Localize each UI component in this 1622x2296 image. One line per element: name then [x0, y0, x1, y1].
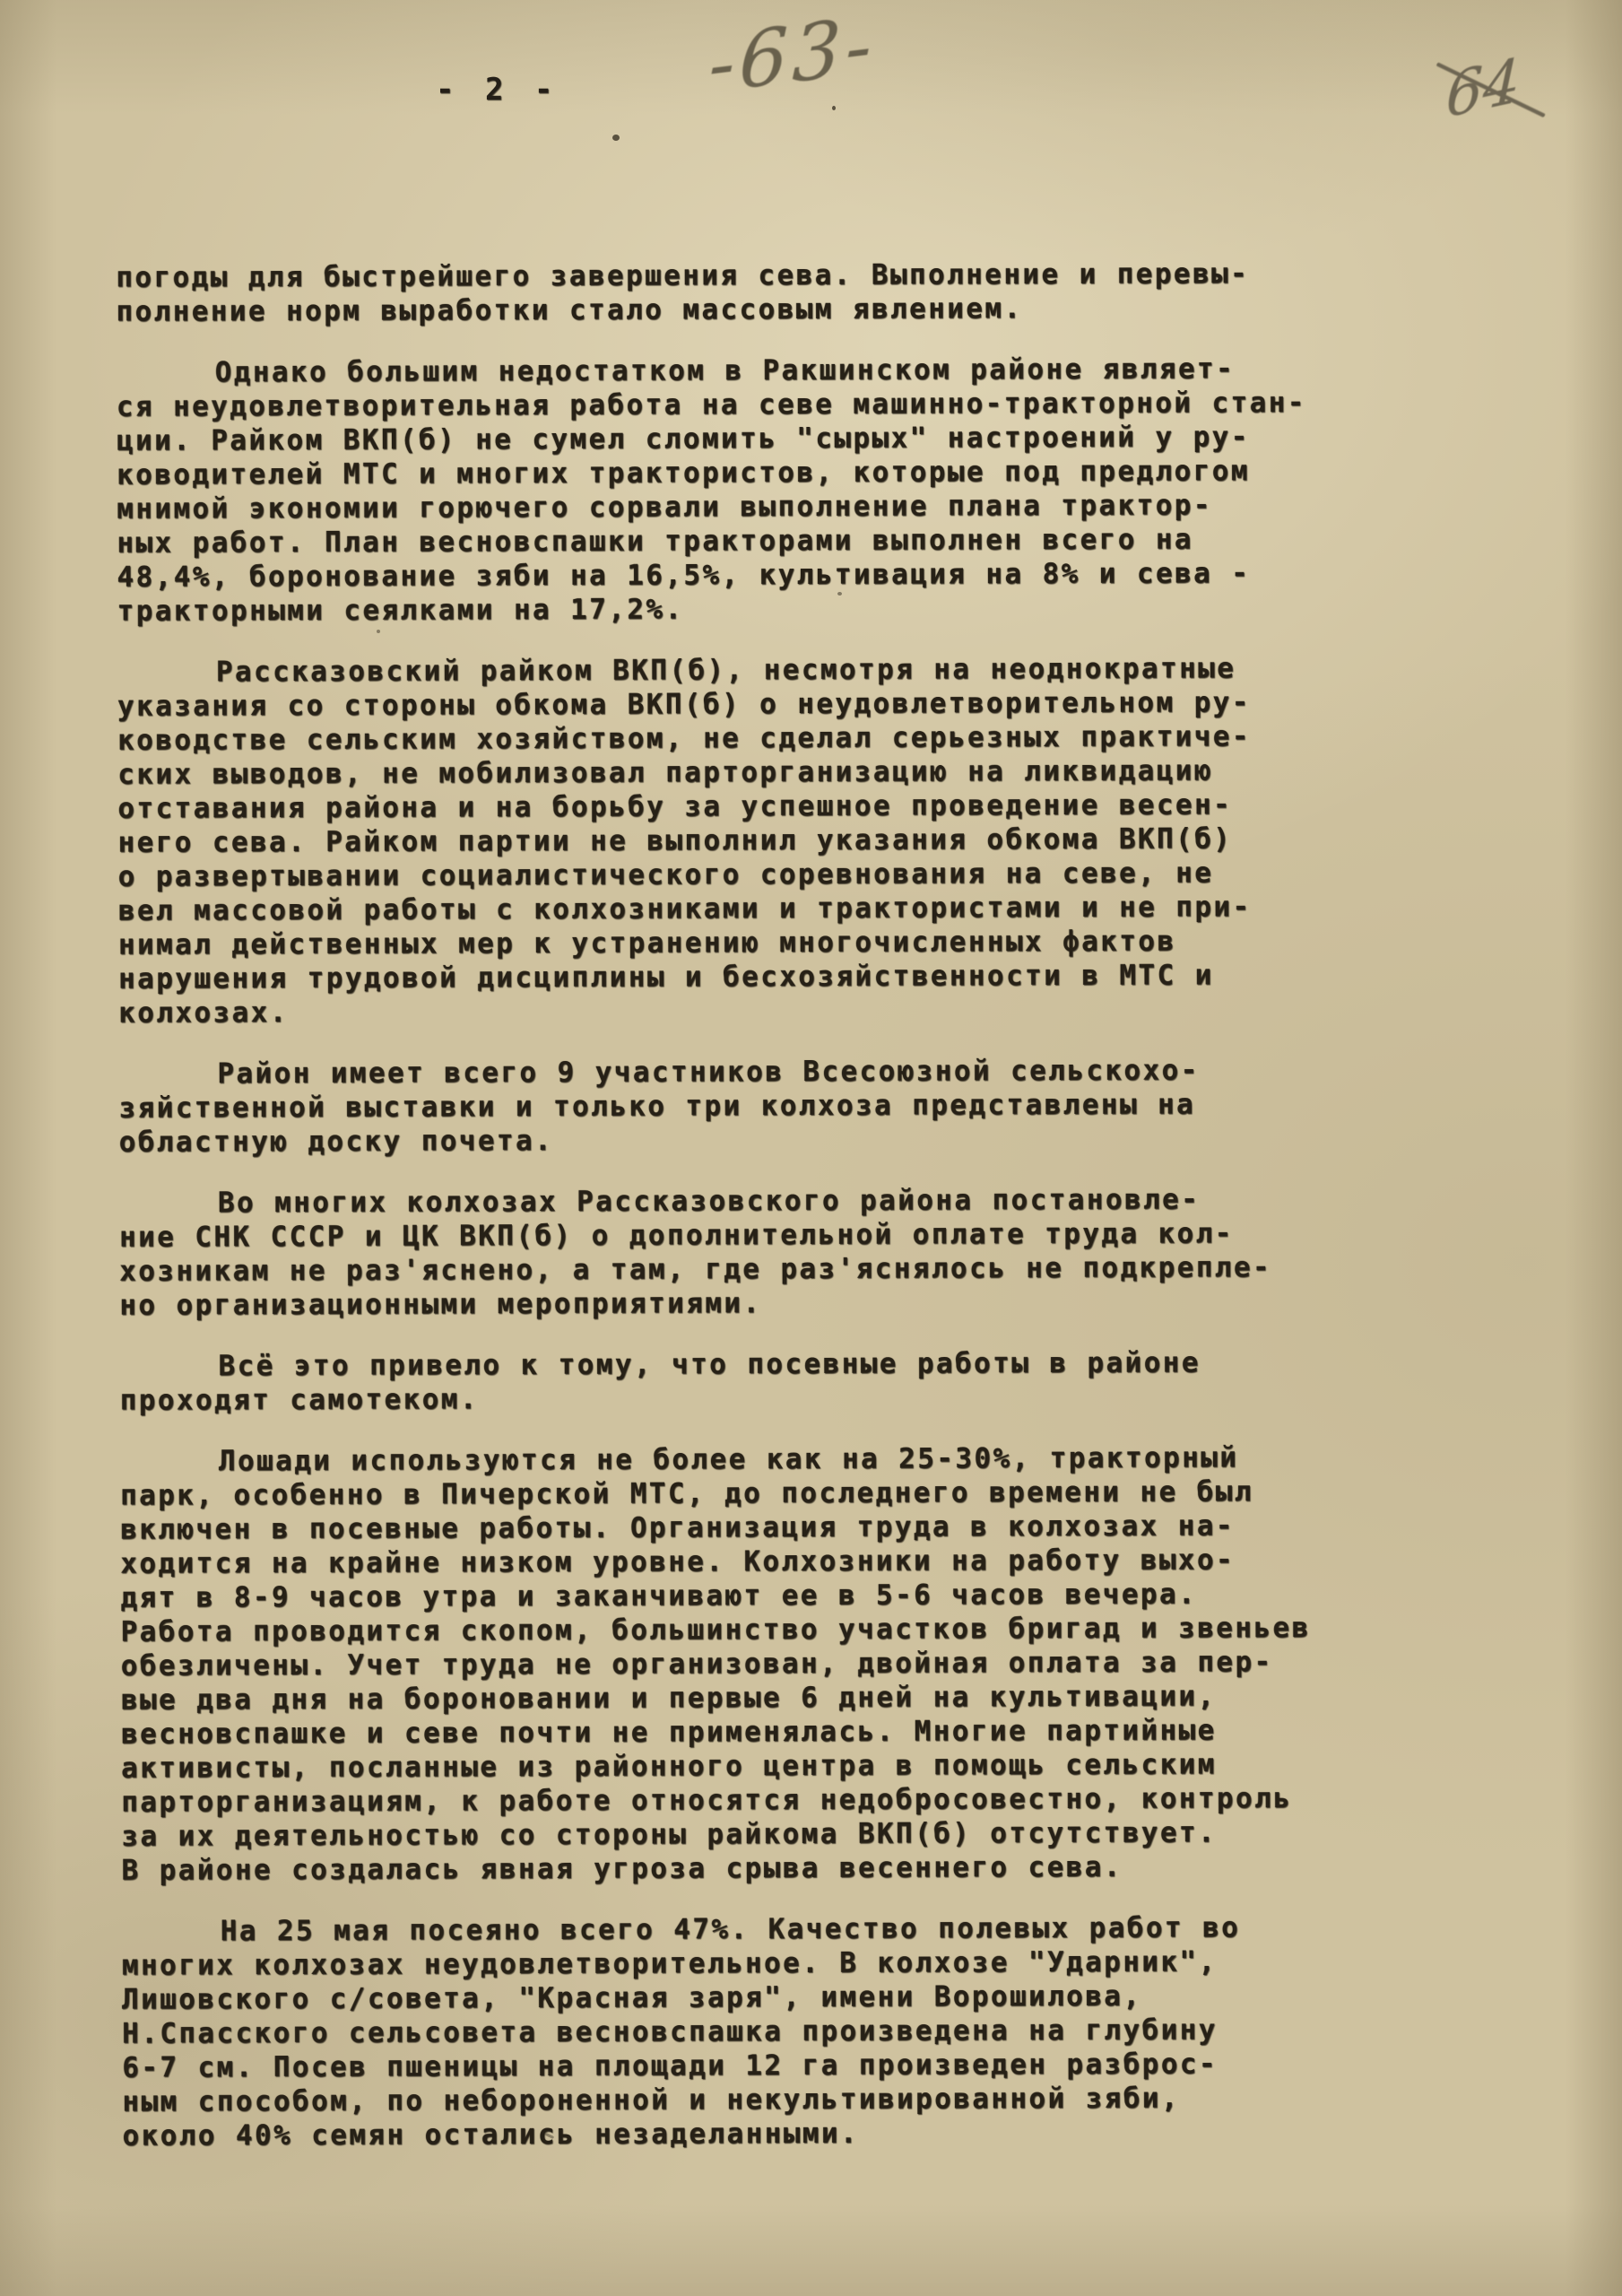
- text-line: ских выводов, не мобилизовал парторганиз…: [117, 752, 1498, 791]
- paragraph: Район имеет всего 9 участников Всесоюзно…: [118, 1052, 1499, 1159]
- text-line: но организационными мероприятиями.: [119, 1283, 1500, 1322]
- text-line: Лишовского с/совета, "Красная заря", име…: [122, 1978, 1503, 2016]
- text-line: Район имеет всего 9 участников Всесоюзно…: [118, 1052, 1499, 1091]
- text-line: за их деятельностью со стороны райкома В…: [121, 1814, 1502, 1853]
- text-line: ководстве сельским хозяйством, не сделал…: [117, 718, 1498, 757]
- document-body: погоды для быстрейшего завершения сева. …: [116, 256, 1503, 2179]
- paragraph: Рассказовский райком ВКП(б), несмотря на…: [117, 650, 1499, 1030]
- text-line: В районе создалась явная угроза срыва ве…: [121, 1848, 1502, 1887]
- text-line: областную доску почета.: [119, 1120, 1500, 1159]
- text-line: около 40% семян остались незаделанными.: [123, 2114, 1504, 2152]
- ink-speck: [837, 592, 842, 596]
- text-line: ководителей МТС и многих трактористов, к…: [117, 453, 1497, 491]
- text-line: нарушения трудовой дисциплины и бесхозяй…: [118, 957, 1499, 996]
- pencil-corner-mark: 64: [1445, 45, 1522, 132]
- paragraph: Всё это привело к тому, что посевные раб…: [120, 1344, 1501, 1417]
- text-line: него сева. Райком партии не выполнил ука…: [117, 821, 1498, 859]
- text-line: ным способом, по небороненной и некульти…: [122, 2080, 1503, 2118]
- text-line: полнение норм выработки стало массовым я…: [116, 290, 1496, 328]
- text-line: парк, особенно в Пичерской МТС, до после…: [120, 1474, 1501, 1512]
- ink-speck: [832, 106, 836, 110]
- text-line: 48,4%, боронование зяби на 16,5%, культи…: [117, 555, 1497, 594]
- text-line: Рассказовский райком ВКП(б), несмотря на…: [117, 650, 1498, 689]
- text-line: многих колхозах неудовлетворительное. В …: [122, 1944, 1503, 1982]
- paragraph: На 25 мая посеяно всего 47%. Качество по…: [122, 1909, 1504, 2152]
- text-line: Работа проводится скопом, большинство уч…: [121, 1610, 1502, 1648]
- scanned-page: -63- - 2 - 64 погоды для быстрейшего зав…: [0, 0, 1622, 2296]
- text-line: ходится на крайне низком уровне. Колхозн…: [120, 1542, 1501, 1580]
- typed-page-number: - 2 -: [436, 72, 559, 108]
- paragraph: погоды для быстрейшего завершения сева. …: [116, 256, 1496, 328]
- text-line: Однако большим недостатком в Ракшинском …: [117, 351, 1497, 389]
- paragraph: Во многих колхозах Рассказовского района…: [119, 1181, 1501, 1322]
- text-line: парторганизациям, к работе относятся нед…: [121, 1780, 1502, 1819]
- text-line: нимал действенных мер к устранению много…: [118, 923, 1499, 961]
- text-line: указания со стороны обкома ВКП(б) о неуд…: [117, 684, 1498, 723]
- text-line: хозникам не раз'яснено, а там, где раз'я…: [119, 1249, 1500, 1288]
- text-line: вые два дня на бороновании и первые 6 дн…: [121, 1678, 1502, 1717]
- text-line: погоды для быстрейшего завершения сева. …: [116, 256, 1496, 294]
- text-line: ции. Райком ВКП(б) не сумел сломить "сыр…: [117, 419, 1497, 457]
- text-line: мнимой экономии горючего сорвали выполне…: [117, 487, 1497, 526]
- text-line: обезличены. Учет труда не организован, д…: [121, 1644, 1502, 1683]
- text-line: колхозах.: [118, 991, 1499, 1030]
- text-line: зяйственной выставки и только три колхоз…: [119, 1086, 1500, 1125]
- text-line: активисты, посланные из районного центра…: [121, 1746, 1502, 1785]
- text-line: ся неудовлетворительная работа на севе м…: [117, 385, 1497, 423]
- handwritten-page-number: -63-: [707, 0, 878, 111]
- paragraph: Однако большим недостатком в Ракшинском …: [117, 351, 1498, 628]
- text-line: о развертывании социалистического соревн…: [118, 855, 1499, 893]
- ink-speck: [377, 630, 380, 633]
- text-line: ных работ. План весновспашки тракторами …: [117, 521, 1497, 560]
- text-line: Н.Спасского сельсовета весновспашка прои…: [122, 2012, 1503, 2050]
- text-line: Лошади используются не более как на 25-3…: [120, 1439, 1501, 1478]
- text-line: включен в посевные работы. Организация т…: [120, 1508, 1501, 1546]
- text-line: вел массовой работы с колхозниками и тра…: [118, 889, 1499, 927]
- text-line: дят в 8-9 часов утра и заканчивают ее в …: [120, 1576, 1501, 1614]
- text-line: На 25 мая посеяно всего 47%. Качество по…: [122, 1909, 1503, 1948]
- text-line: ние СНК СССР и ЦК ВКП(б) о дополнительно…: [119, 1215, 1500, 1254]
- text-line: Всё это привело к тому, что посевные раб…: [120, 1344, 1501, 1383]
- text-line: весновспашке и севе почти не применялась…: [121, 1712, 1502, 1751]
- paragraph: Лошади используются не более как на 25-3…: [120, 1439, 1503, 1887]
- text-line: Во многих колхозах Рассказовского района…: [119, 1181, 1500, 1220]
- text-line: проходят самотеком.: [120, 1378, 1501, 1417]
- text-line: отставания района и на борьбу за успешно…: [117, 787, 1498, 825]
- text-line: тракторными сеялками на 17,2%.: [117, 589, 1498, 628]
- text-line: 6-7 см. Посев пшеницы на площади 12 га п…: [122, 2046, 1503, 2084]
- ink-speck: [612, 135, 620, 141]
